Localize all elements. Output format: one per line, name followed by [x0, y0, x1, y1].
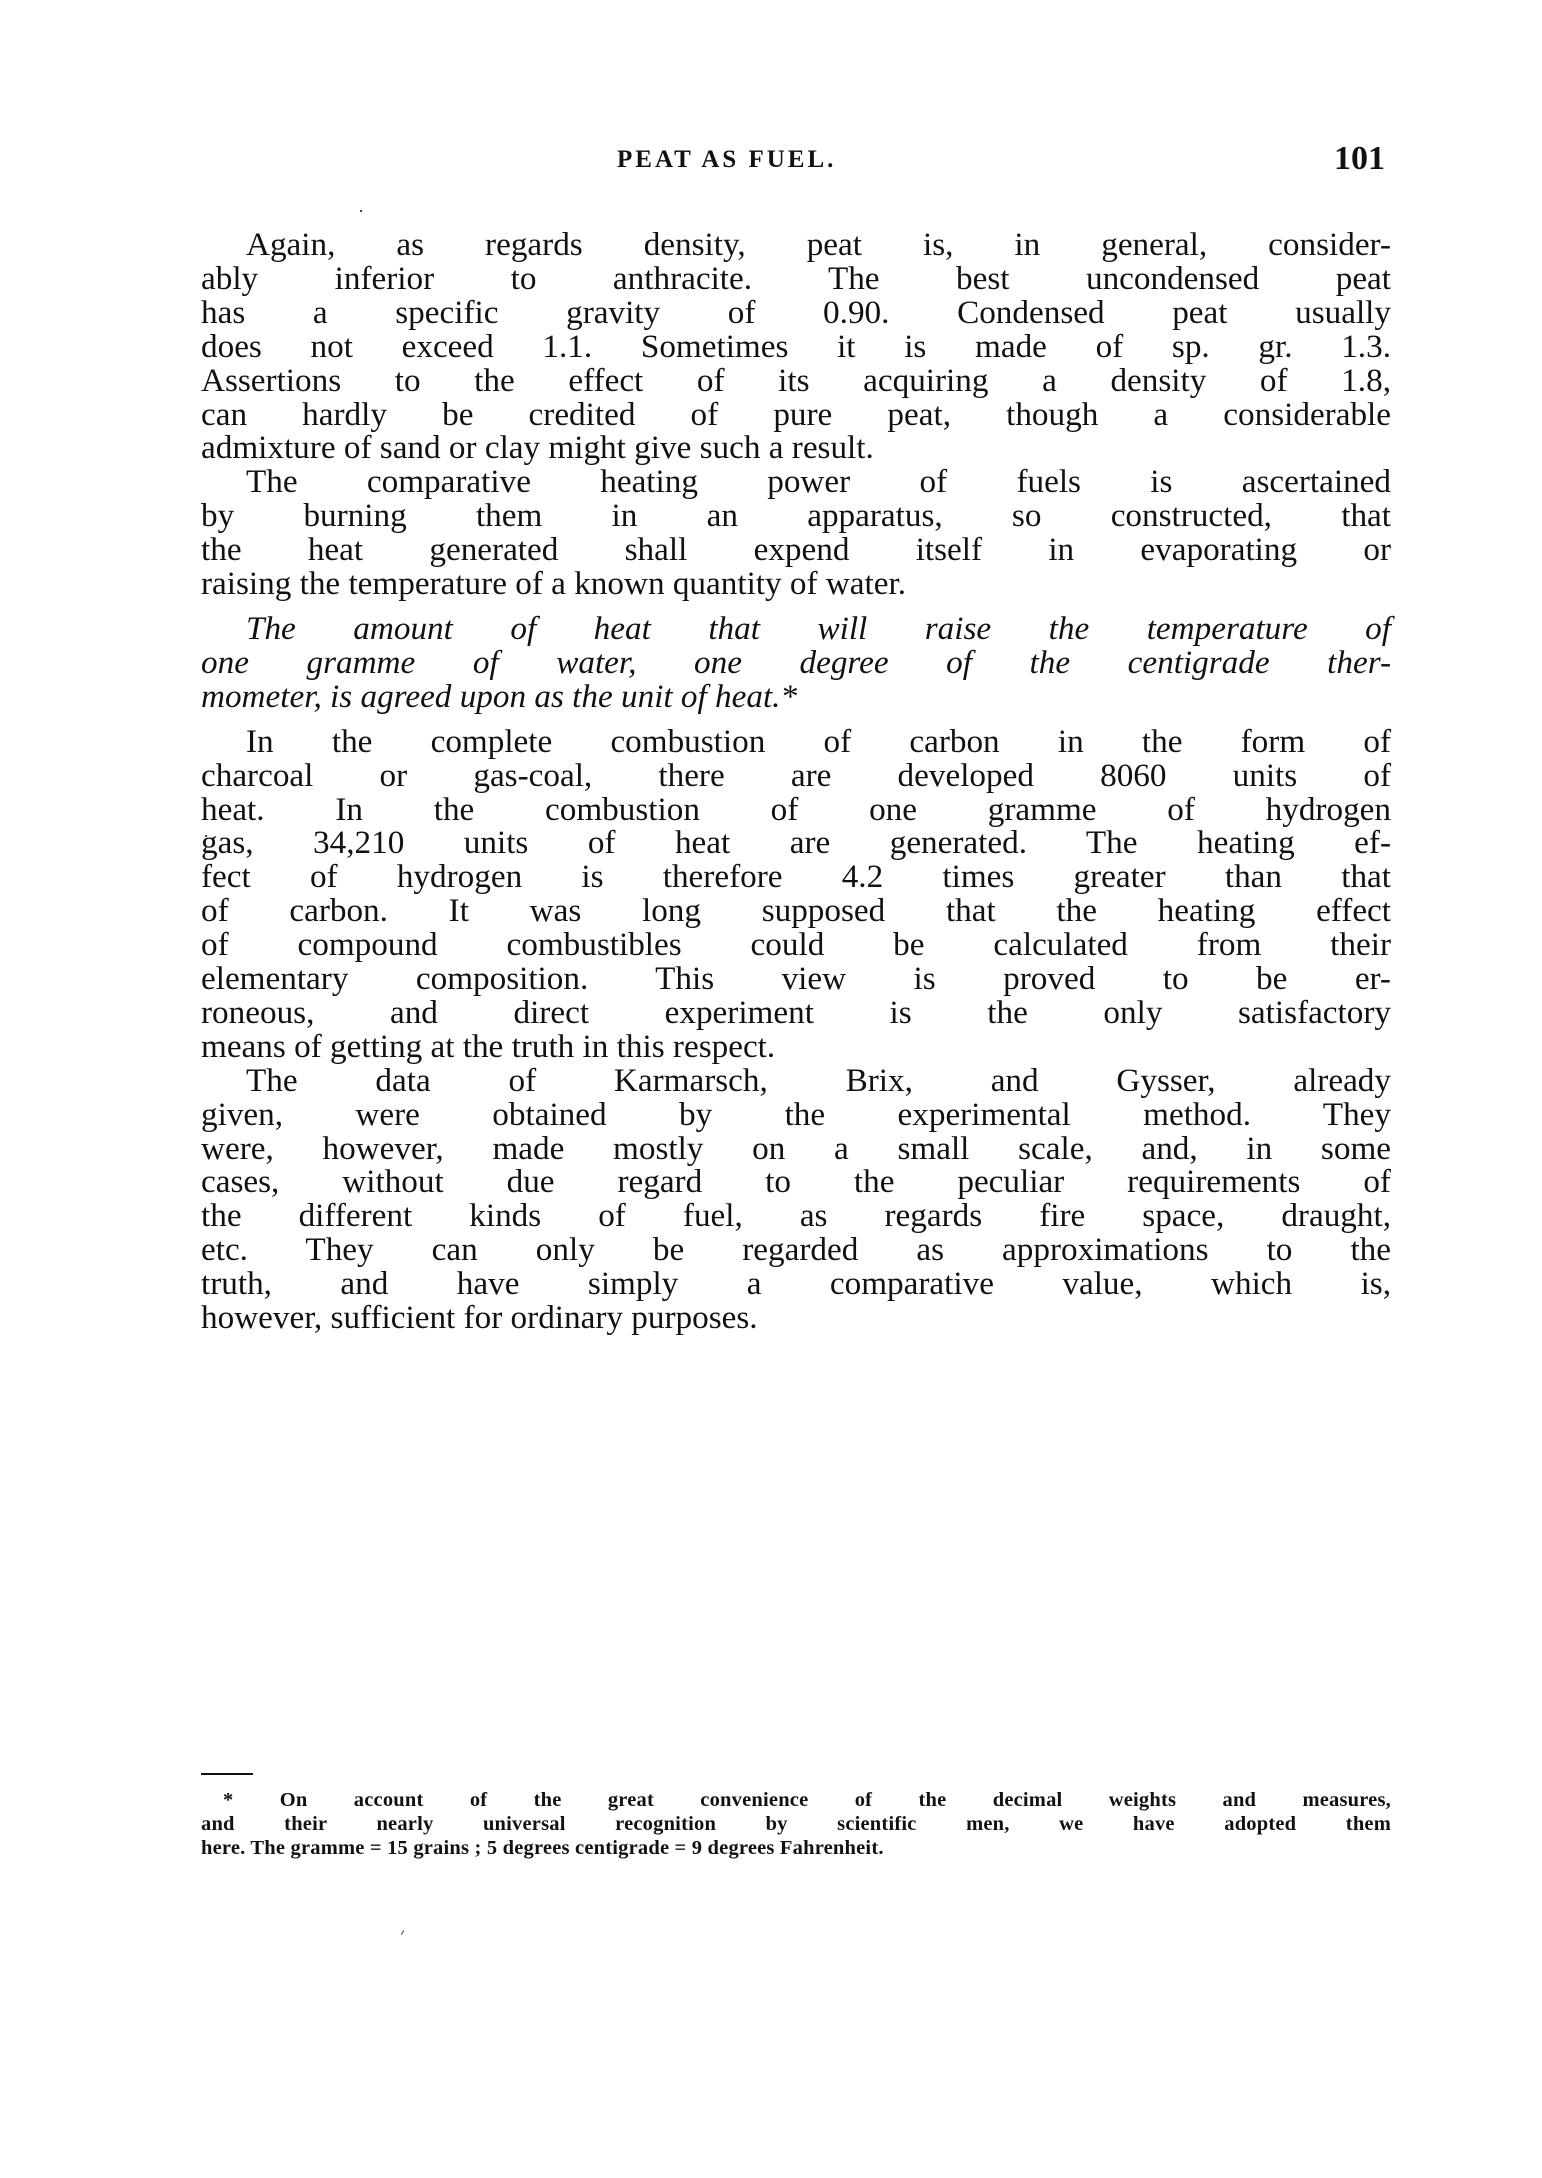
- text-line: of carbon. It was long supposed that the…: [201, 894, 1391, 928]
- text-line: however, sufficient for ordinary purpose…: [201, 1301, 1391, 1335]
- paragraph-experimental-data: The data of Karmarsch, Brix, and Gysser,…: [201, 1064, 1391, 1335]
- text-line: given, were obtained by the experimental…: [201, 1098, 1391, 1132]
- text-line: raising the temperature of a known quant…: [201, 567, 1391, 601]
- text-line: ably inferior to anthracite. The best un…: [201, 262, 1391, 296]
- text-line: heat. In the combustion of one gramme of…: [201, 793, 1391, 827]
- text-line: were, however, made mostly on a small sc…: [201, 1132, 1391, 1166]
- paragraph-combustion: In the complete combustion of carbon in …: [201, 725, 1391, 1064]
- text-line: cases, without due regard to the peculia…: [201, 1165, 1391, 1199]
- text-line: of compound combustibles could be calcul…: [201, 928, 1391, 962]
- text-line: the different kinds of fuel, as regards …: [201, 1199, 1391, 1233]
- text-line: The comparative heating power of fuels i…: [201, 465, 1391, 499]
- footnote-line: here. The gramme = 15 grains ; 5 degrees…: [201, 1836, 1391, 1860]
- footnote-line: * On account of the great convenience of…: [201, 1788, 1391, 1812]
- running-title: PEAT AS FUEL.: [617, 146, 836, 174]
- scan-speck: [360, 210, 362, 212]
- footnote-rule: [201, 1773, 253, 1775]
- scan-speck: [401, 1930, 404, 1935]
- text-line: admixture of sand or clay might give suc…: [201, 431, 1391, 465]
- text-line: does not exceed 1.1. Sometimes it is mad…: [201, 330, 1391, 364]
- page-number: 101: [1334, 140, 1385, 178]
- text-line: has a specific gravity of 0.90. Condense…: [201, 296, 1391, 330]
- text-line: The data of Karmarsch, Brix, and Gysser,…: [201, 1064, 1391, 1098]
- running-head: PEAT AS FUEL. 101: [201, 142, 1391, 182]
- paragraph-unit-of-heat-definition: The amount of heat that will raise the t…: [201, 612, 1391, 714]
- paragraph-density: Again, as regards density, peat is, in g…: [201, 228, 1391, 465]
- body-text: Again, as regards density, peat is, in g…: [201, 228, 1391, 1335]
- scan-speck: [205, 835, 207, 837]
- text-line: by burning them in an apparatus, so cons…: [201, 499, 1391, 533]
- text-line: truth, and have simply a comparative val…: [201, 1267, 1391, 1301]
- text-line: means of getting at the truth in this re…: [201, 1030, 1391, 1064]
- text-line: the heat generated shall expend itself i…: [201, 533, 1391, 567]
- footnote: * On account of the great convenience of…: [201, 1788, 1391, 1860]
- text-line: roneous, and direct experiment is the on…: [201, 996, 1391, 1030]
- text-line: can hardly be credited of pure peat, tho…: [201, 398, 1391, 432]
- text-line: elementary composition. This view is pro…: [201, 962, 1391, 996]
- text-line: The amount of heat that will raise the t…: [201, 612, 1391, 646]
- footnote-line: and their nearly universal recognition b…: [201, 1812, 1391, 1836]
- text-line: mometer, is agreed upon as the unit of h…: [201, 680, 1391, 714]
- text-line: charcoal or gas-coal, there are develope…: [201, 759, 1391, 793]
- text-line: In the complete combustion of carbon in …: [201, 725, 1391, 759]
- text-line: gas, 34,210 units of heat are generated.…: [201, 826, 1391, 860]
- text-line: etc. They can only be regarded as approx…: [201, 1233, 1391, 1267]
- text-line: Assertions to the effect of its acquirin…: [201, 364, 1391, 398]
- text-line: Again, as regards density, peat is, in g…: [201, 228, 1391, 262]
- text-line: fect of hydrogen is therefore 4.2 times …: [201, 860, 1391, 894]
- text-line: one gramme of water, one degree of the c…: [201, 646, 1391, 680]
- paragraph-heating-power: The comparative heating power of fuels i…: [201, 465, 1391, 601]
